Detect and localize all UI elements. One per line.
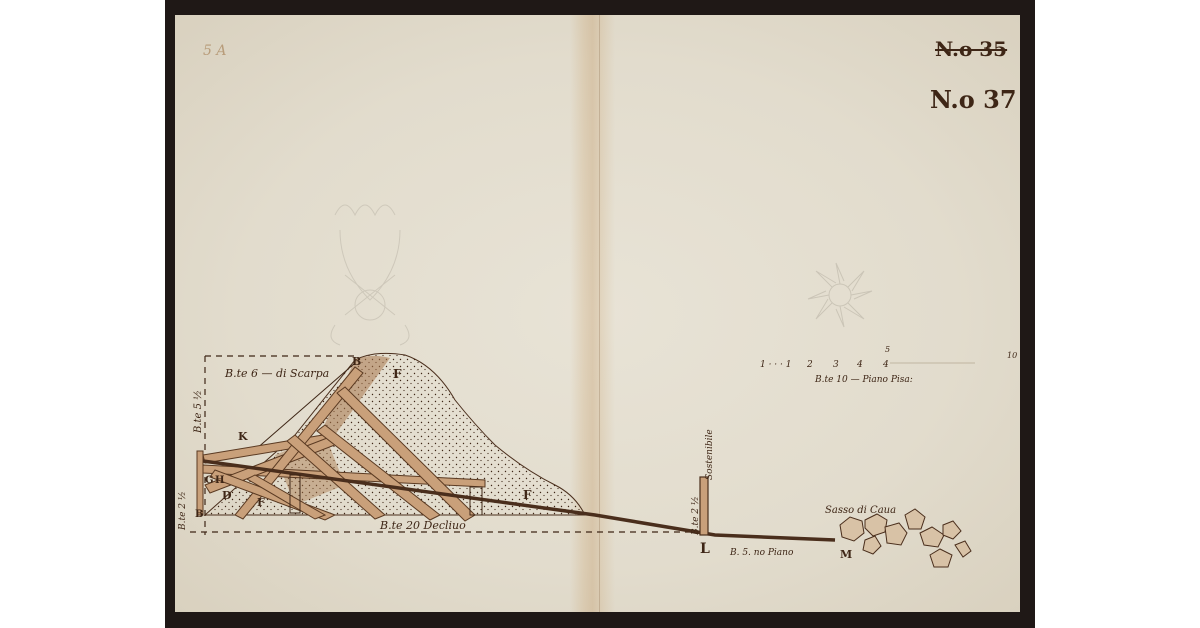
svg-text:2: 2 xyxy=(806,360,813,370)
scale-bar: 1 · · · 1 2 3 4 4 xyxy=(760,360,975,370)
svg-text:1 · · · 1: 1 · · · 1 xyxy=(760,360,791,370)
letter-f-top: F xyxy=(393,367,402,381)
letter-h: H xyxy=(215,475,224,486)
manuscript-sheet: 1 · · · 1 2 3 4 4 N.o 35 N.o 37 5 A B.te… xyxy=(175,15,1020,612)
label-scale: B.te 10 — Piano Pisa: xyxy=(815,375,913,385)
letter-k: K xyxy=(238,430,248,443)
watermark-monogram-icon xyxy=(331,205,409,345)
profile-drawing: 1 · · · 1 2 3 4 4 xyxy=(175,15,1020,612)
letter-l: L xyxy=(700,541,710,557)
stake-post xyxy=(700,477,708,535)
label-small-height: B.te 2 ½ xyxy=(178,491,188,530)
svg-text:3: 3 xyxy=(833,360,839,370)
pencil-mark: 5 A xyxy=(203,43,226,59)
watermark-sun-icon xyxy=(808,263,872,327)
label-stake-height: B.te 2 ½ xyxy=(691,496,701,535)
letter-b-top: B xyxy=(352,355,361,368)
catalog-number-old: N.o 35 xyxy=(935,37,1007,61)
letter-d: D xyxy=(222,489,232,502)
letter-f-left: F xyxy=(257,496,265,509)
label-stake: Sostenibile xyxy=(705,429,715,480)
letter-m: M xyxy=(840,548,852,561)
letter-b-bottom: B xyxy=(195,509,203,520)
svg-text:4: 4 xyxy=(882,360,889,370)
letter-g: G xyxy=(205,475,214,486)
svg-text:4: 4 xyxy=(856,360,863,370)
scale-marker-10: 10 xyxy=(1007,351,1017,360)
label-decline: B.te 20 Decliuo xyxy=(380,519,466,532)
label-plane: B. 5. no Piano xyxy=(730,548,793,558)
stone-pile xyxy=(840,509,971,567)
scale-marker-5: 5 xyxy=(885,345,890,354)
label-left-height: B.te 5 ½ xyxy=(193,390,204,433)
letter-f-right: F xyxy=(523,488,532,502)
label-stone: Sasso di Caua xyxy=(825,505,896,516)
label-scarpa: B.te 6 — di Scarpa xyxy=(225,367,329,380)
catalog-number: N.o 37 xyxy=(930,85,1017,114)
